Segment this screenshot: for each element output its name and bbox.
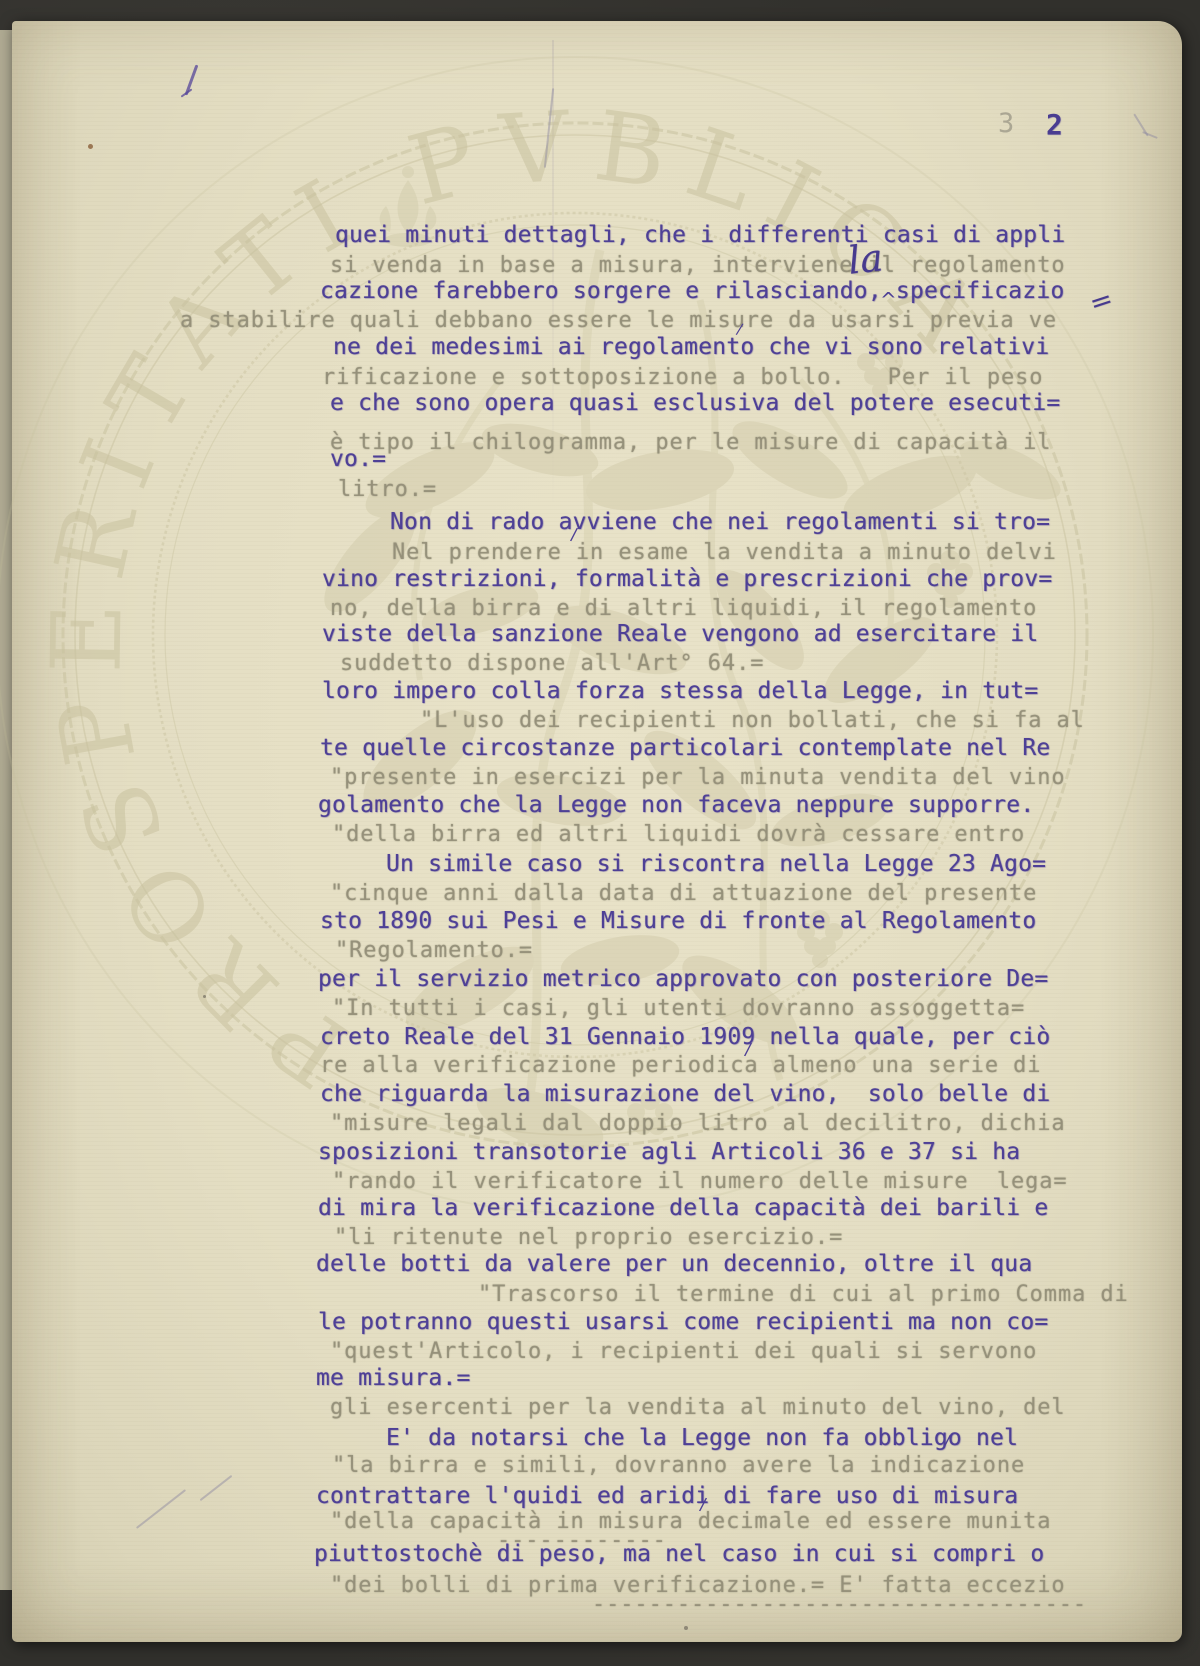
ghost-carbon-line: "Trascorso il termine di cui al primo Co… (478, 1282, 1129, 1307)
typed-line: che riguarda la misurazione del vino, so… (320, 1081, 1050, 1107)
pen-stroke (1142, 131, 1158, 139)
handwritten-mark: ^ (880, 290, 897, 310)
pen-stroke (200, 1475, 233, 1501)
ghost-carbon-line: "quest'Articolo, i recipienti dei quali … (330, 1339, 1037, 1364)
typed-line: E' da notarsi che la Legge non fa obblig… (386, 1425, 1018, 1451)
page-number: 2 (1046, 108, 1064, 141)
ghost-carbon-line: a stabilire quali debbano essere le misu… (180, 308, 1057, 333)
ghost-carbon-line: "Regolamento.= (335, 938, 533, 963)
typed-text-layer: 2 quei minuti dettagli, che i differenti… (0, 0, 1200, 1666)
typed-line: me misura.= (316, 1365, 471, 1391)
typed-line: di mira la verificazione della capacità … (318, 1195, 1048, 1221)
ghost-carbon-line: no, della birra e di altri liquidi, il r… (330, 596, 1037, 621)
ghost-carbon-line: suddetto dispone all'Art° 64.= (340, 651, 764, 676)
typed-line: Un simile caso si riscontra nella Legge … (386, 851, 1046, 877)
paper-speck (88, 144, 93, 149)
ghost-carbon-line: litro.= (338, 477, 437, 502)
ghost-carbon-line: Nel prendere in esame la vendita a minut… (392, 540, 1057, 565)
pen-stroke (136, 1489, 186, 1529)
paper-speck (684, 1626, 688, 1630)
document-photo: PROSPERITATI PVBLICA (0, 0, 1200, 1666)
ghost-carbon-line: rificazione e sottoposizione a bollo. Pe… (322, 365, 1043, 390)
typed-line: piuttostochè di peso, ma nel caso in cui… (314, 1541, 1044, 1567)
ghost-carbon-line: "presente in esercizi per la minuta vend… (330, 765, 1066, 790)
ghost-carbon-line: "rando il verificatore il numero delle m… (332, 1169, 1068, 1194)
ghost-carbon-line: è tipo il chilogramma, per le misure di … (330, 430, 1051, 455)
ghost-carbon-line: "della capacità in misura decimale ed es… (330, 1509, 1051, 1534)
typed-line: quei minuti dettagli, che i differenti c… (335, 222, 1065, 248)
ghost-carbon-line: "In tutti i casi, gli utenti dovranno as… (332, 996, 1025, 1021)
typed-line: te quelle circostanze particolari contem… (320, 735, 1050, 761)
ghost-carbon-line: "misure legali dal doppio litro al decil… (330, 1111, 1066, 1136)
typed-line: golamento che la Legge non faceva neppur… (318, 792, 1034, 818)
typed-line: contrattare l'quidi ed aridi di fare uso… (316, 1483, 1018, 1509)
paper-speck (203, 995, 206, 998)
typed-line: delle botti da valere per un decennio, o… (316, 1251, 1032, 1277)
typed-line: cazione farebbero sorgere e rilasciando,… (320, 278, 1065, 304)
ghost-carbon-line: "li ritenute nel proprio esercizio.= (334, 1225, 843, 1250)
ghost-carbon-line: ----------------------------------- (592, 1592, 1087, 1617)
typed-line: loro impero colla forza stessa della Leg… (322, 678, 1038, 704)
typed-line: e che sono opera quasi esclusiva del pot… (330, 390, 1060, 416)
typed-line: le potranno questi usarsi come recipient… (318, 1309, 1048, 1335)
typed-line: sto 1890 sui Pesi e Misure di fronte al … (320, 908, 1036, 934)
handwritten-mark: = (1086, 285, 1116, 318)
ghost-carbon-line: gli esercenti per la vendita al minuto d… (330, 1395, 1066, 1420)
typed-line: ne dei medesimi ai regolamento che vi so… (333, 334, 1049, 360)
ghost-carbon-line: si venda in base a misura, interviene il… (330, 253, 1066, 278)
ghost-carbon-line: ------------ (497, 1528, 667, 1553)
ghost-carbon-line: "cinque anni dalla data di attuazione de… (330, 881, 1037, 906)
typed-line: sposizioni transotorie agli Articoli 36 … (318, 1139, 1020, 1165)
ghost-carbon-line: "L'uso dei recipienti non bollati, che s… (420, 708, 1085, 733)
ghost-carbon-line: "della birra ed altri liquidi dovrà cess… (332, 822, 1025, 847)
typed-line: per il servizio metrico approvato con po… (318, 966, 1048, 992)
handwritten-mark: la (846, 238, 885, 279)
typed-line: vino restrizioni, formalità e prescrizio… (322, 566, 1052, 592)
ghost-carbon-line: re alla verificazione periodica almeno u… (320, 1053, 1041, 1078)
ghost-carbon-line: "la birra e simili, dovranno avere la in… (332, 1453, 1025, 1478)
typed-line: Non di rado avviene che nei regolamenti … (390, 509, 1050, 535)
pen-stroke (544, 88, 554, 168)
handwritten-mark: 3 (998, 110, 1014, 137)
typed-line: viste della sanzione Reale vengono ad es… (322, 621, 1038, 647)
typed-line: creto Reale del 31 Gennaio 1909 nella qu… (320, 1024, 1050, 1050)
